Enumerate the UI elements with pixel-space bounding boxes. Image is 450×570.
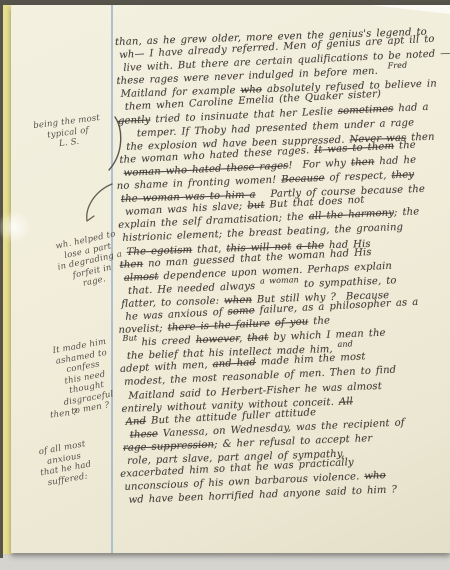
- text-segment: ; the: [394, 207, 420, 219]
- inserted-text: But: [122, 333, 141, 343]
- struck-through-text: gently: [118, 114, 151, 126]
- text-segment: the: [394, 140, 416, 152]
- page-corner-highlight: [370, 5, 450, 14]
- struck-through-text: they: [391, 169, 414, 181]
- struck-through-text: however: [196, 334, 240, 347]
- text-segment: of respect,: [324, 170, 391, 184]
- text-segment: the: [308, 315, 330, 327]
- struck-through-text: almost: [124, 271, 159, 284]
- struck-through-text: sometimes: [338, 103, 394, 117]
- inserted-text: Fred: [387, 61, 407, 71]
- struck-through-text: but: [247, 200, 265, 212]
- struck-through-text: that: [247, 332, 268, 344]
- struck-through-text: some: [227, 305, 255, 317]
- margin-note: being the most typical of L. S.: [27, 112, 108, 153]
- scan-background-strip: [0, 556, 450, 570]
- struck-through-text: who: [364, 470, 386, 482]
- inserted-text: and: [337, 340, 353, 350]
- manuscript-text: than, as he grew older, more even the ge…: [115, 33, 450, 508]
- inserted-text: a woman: [260, 275, 299, 286]
- text-segment: had a: [393, 101, 429, 114]
- struck-through-text: all the harmony: [309, 208, 395, 223]
- margin-note: then ?: [39, 406, 90, 422]
- struck-through-text: and had: [212, 357, 256, 370]
- text-segment: that,: [192, 243, 227, 255]
- scan-dark-edge-left: [0, 0, 3, 558]
- text-segment: his creed: [141, 335, 196, 348]
- struck-through-text: these: [130, 428, 159, 440]
- margin-arrow-curve-icon: [79, 181, 115, 227]
- text-segment: had he: [374, 155, 416, 168]
- struck-through-text: And: [125, 416, 146, 428]
- struck-through-text: of you: [275, 316, 309, 329]
- manuscript-page: being the most typical of L. S. wh. help…: [11, 5, 450, 553]
- scanned-manuscript: being the most typical of L. S. wh. help…: [0, 0, 450, 570]
- struck-through-text: The egotism: [126, 244, 192, 257]
- struck-through-text: rage suppression: [123, 439, 215, 454]
- struck-through-text: then: [351, 156, 375, 168]
- struck-through-text: Because: [281, 173, 325, 186]
- paper-stain: [0, 210, 31, 244]
- margin-note: of all most anxious that he had suffered…: [22, 436, 108, 491]
- text-segment: ! For why: [288, 158, 351, 172]
- struck-through-text: then: [119, 258, 143, 270]
